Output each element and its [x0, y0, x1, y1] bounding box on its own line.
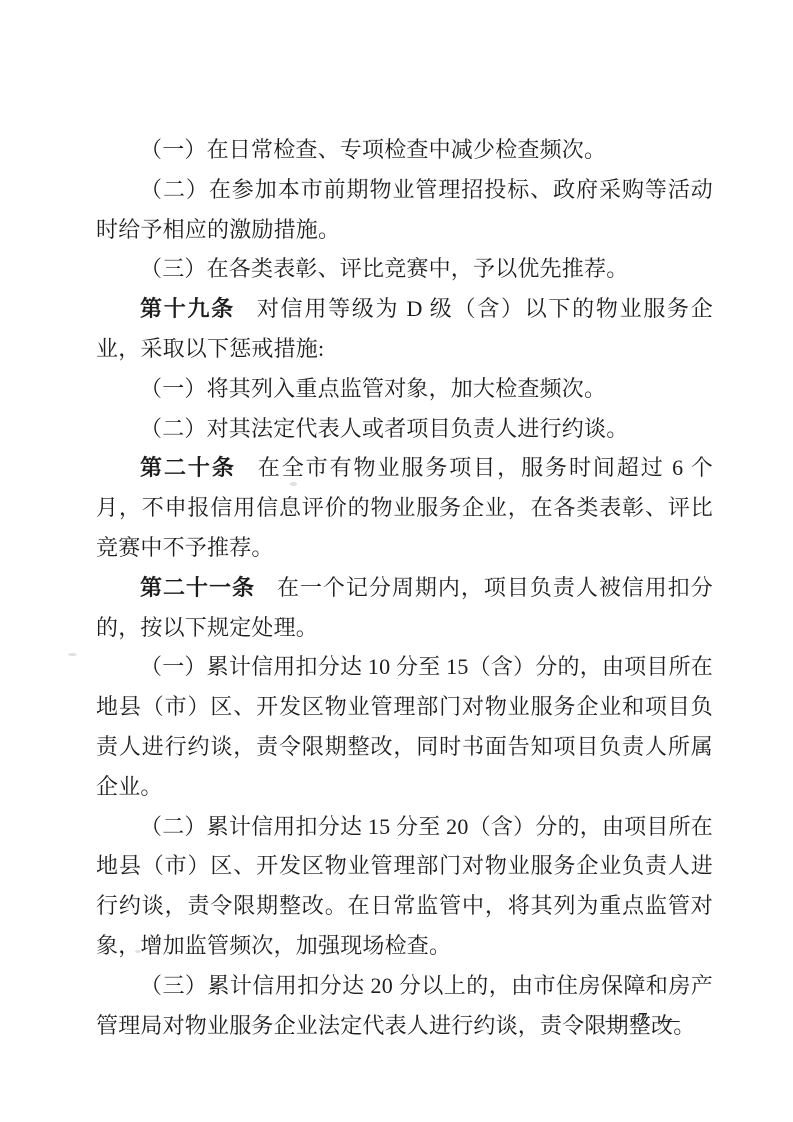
list-item-2: （二）在参加本市前期物业管理招投标、政府采购等活动时给予相应的激励措施。 — [96, 170, 713, 250]
paragraph-text: （二）累计信用扣分达 15 分至 20（含）分的，由项目所在地县（市）区、开发区… — [96, 814, 713, 958]
article-number: 第二十一条 — [140, 575, 255, 600]
article-21-item-2: （二）累计信用扣分达 15 分至 20（含）分的，由项目所在地县（市）区、开发区… — [96, 807, 713, 966]
list-item-3: （三）在各类表彰、评比竞赛中，予以优先推荐。 — [96, 249, 713, 289]
article-21: 第二十一条在一个记分周期内，项目负责人被信用扣分的，按以下规定处理。 — [96, 568, 713, 648]
paragraph-text: （一）将其列入重点监管对象，加大检查频次。 — [140, 376, 606, 401]
paragraph-text: （二）在参加本市前期物业管理招投标、政府采购等活动时给予相应的激励措施。 — [96, 177, 713, 242]
article-21-item-1: （一）累计信用扣分达 10 分至 15（含）分的，由项目所在地县（市）区、开发区… — [96, 647, 713, 806]
list-item-1: （一）在日常检查、专项检查中减少检查频次。 — [96, 130, 713, 170]
paragraph-text: （一）累计信用扣分达 10 分至 15（含）分的，由项目所在地县（市）区、开发区… — [96, 654, 713, 798]
article-19-item-1: （一）将其列入重点监管对象，加大检查频次。 — [96, 369, 713, 409]
scan-artifact — [68, 653, 77, 656]
paragraph-text: （二）对其法定代表人或者项目负责人进行约谈。 — [140, 416, 628, 441]
document-body: （一）在日常检查、专项检查中减少检查频次。 （二）在参加本市前期物业管理招投标、… — [96, 130, 713, 1045]
scan-artifact — [135, 950, 141, 953]
paragraph-text: （三）在各类表彰、评比竞赛中，予以优先推荐。 — [140, 256, 628, 281]
document-page: （一）在日常检查、专项检查中减少检查频次。 （二）在参加本市前期物业管理招投标、… — [0, 0, 793, 1122]
article-number: 第十九条 — [140, 296, 235, 321]
scan-artifact — [290, 482, 297, 486]
page-number: — 7 — — [0, 1009, 681, 1032]
article-19-item-2: （二）对其法定代表人或者项目负责人进行约谈。 — [96, 409, 713, 449]
article-number: 第二十条 — [140, 455, 236, 480]
paragraph-text: （一）在日常检查、专项检查中减少检查频次。 — [140, 137, 606, 162]
article-19: 第十九条对信用等级为 D 级（含）以下的物业服务企业，采取以下惩戒措施: — [96, 289, 713, 369]
article-20: 第二十条在全市有物业服务项目，服务时间超过 6 个月，不申报信用信息评价的物业服… — [96, 448, 713, 567]
article-21-item-3: （三）累计信用扣分达 20 分以上的，由市住房保障和房产管理局对物业服务企业法定… — [96, 966, 713, 1046]
